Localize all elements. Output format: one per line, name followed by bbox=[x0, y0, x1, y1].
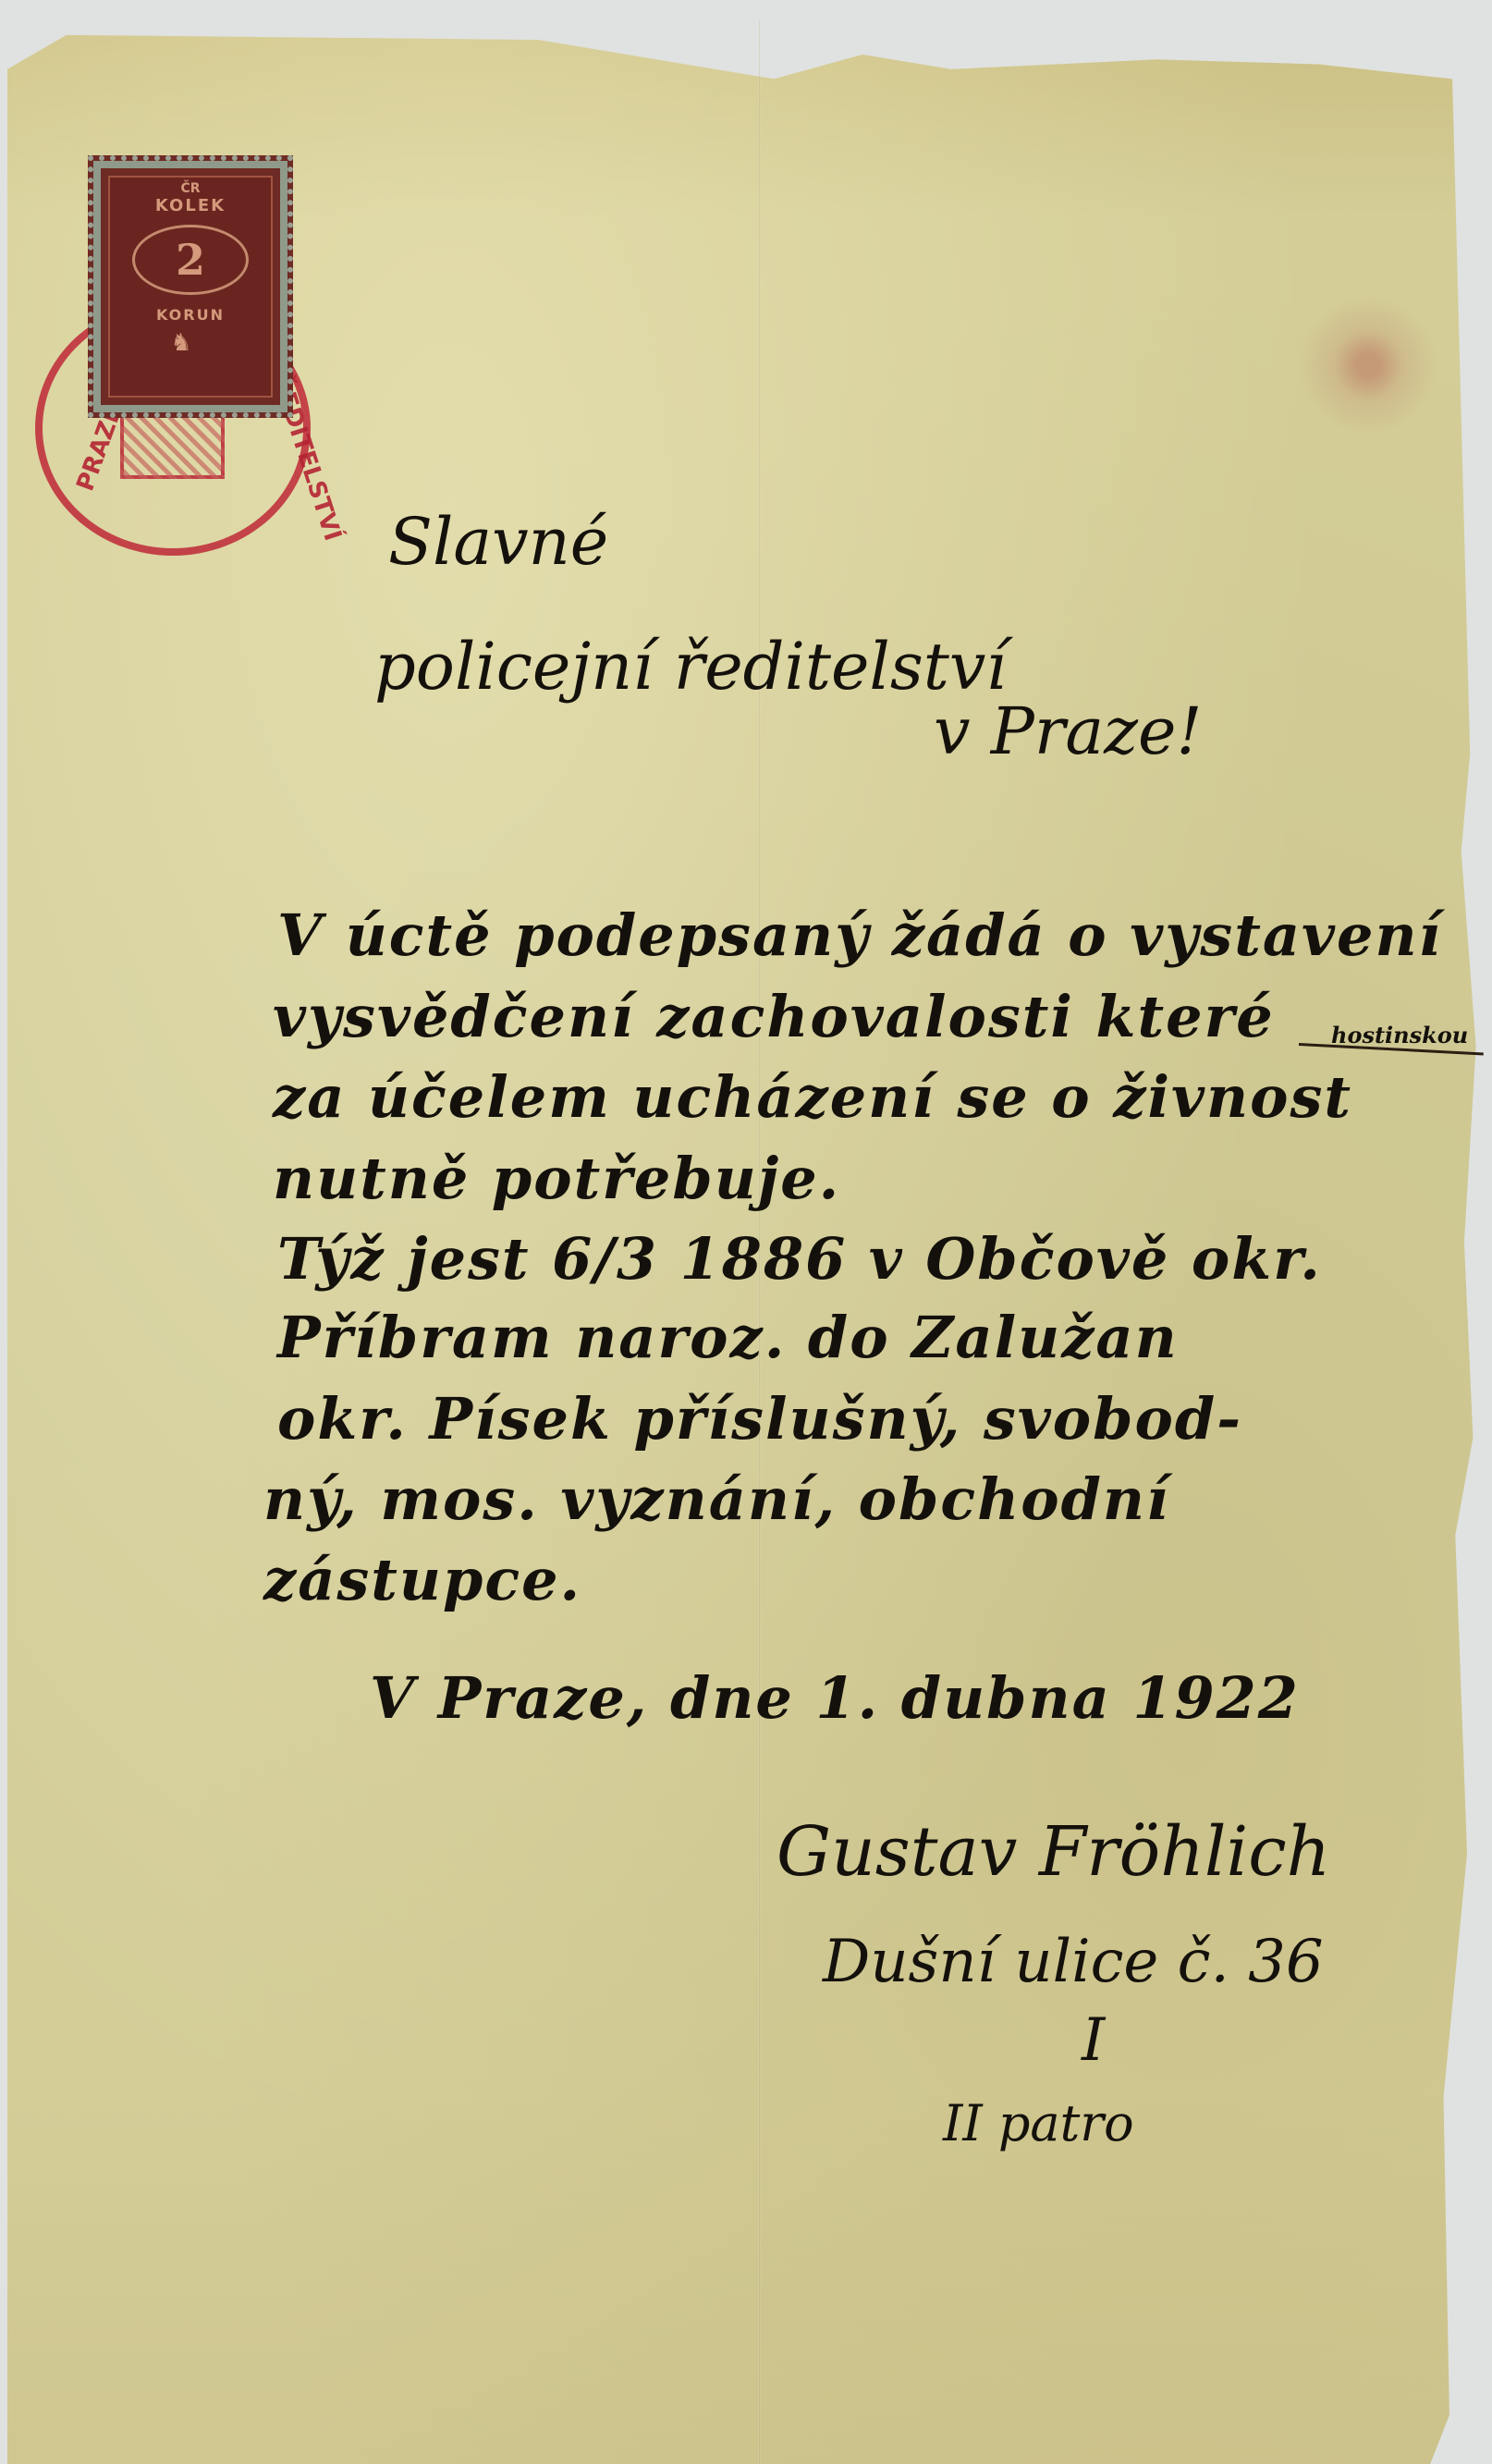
body-line-8: ný, mos. vyznání, obchodní bbox=[263, 1465, 1170, 1533]
stamp-top-label: ČR bbox=[180, 181, 200, 196]
stamp-label: KOLEK bbox=[155, 196, 226, 215]
body-line-4: nutně potřebuje. bbox=[273, 1145, 840, 1212]
red-ink-smudge bbox=[1276, 296, 1461, 435]
body-line-7: okr. Písek příslušný, svobod- bbox=[277, 1385, 1242, 1453]
dateline: V Praze, dne 1. dubna 1922 bbox=[370, 1664, 1300, 1732]
body-line-3: za účelem ucházení se o živnost bbox=[273, 1063, 1352, 1131]
insertion-text: hostinskou bbox=[1331, 1022, 1468, 1048]
body-line-5: Týž jest 6/3 1886 v Občově okr. bbox=[277, 1225, 1322, 1293]
signature-district: I bbox=[1082, 2006, 1105, 2075]
signature-name: Gustav Fröhlich bbox=[777, 1812, 1330, 1892]
salutation-line-2: policejní ředitelství bbox=[374, 629, 1007, 705]
salutation-line-3: v Praze! bbox=[934, 693, 1203, 769]
stamp-currency: KORUN bbox=[156, 306, 225, 324]
salutation-line-1: Slavné bbox=[388, 504, 608, 580]
stamp-value: 2 bbox=[132, 225, 249, 295]
revenue-stamp: ČR KOLEK 2 KORUN ♞ bbox=[88, 155, 293, 418]
body-line-9: zástupce. bbox=[263, 1546, 581, 1613]
body-line-1: V úctě podepsaný žádá o vystavení bbox=[277, 901, 1442, 969]
signature-floor: II patro bbox=[943, 2094, 1134, 2152]
signature-address: Dušní ulice č. 36 bbox=[823, 1928, 1324, 1996]
body-line-2: vysvědčení zachovalosti které bbox=[273, 983, 1275, 1050]
body-line-6: Příbram naroz. do Zalužan bbox=[277, 1304, 1179, 1371]
stamp-lion-year: ♞ bbox=[170, 329, 210, 357]
